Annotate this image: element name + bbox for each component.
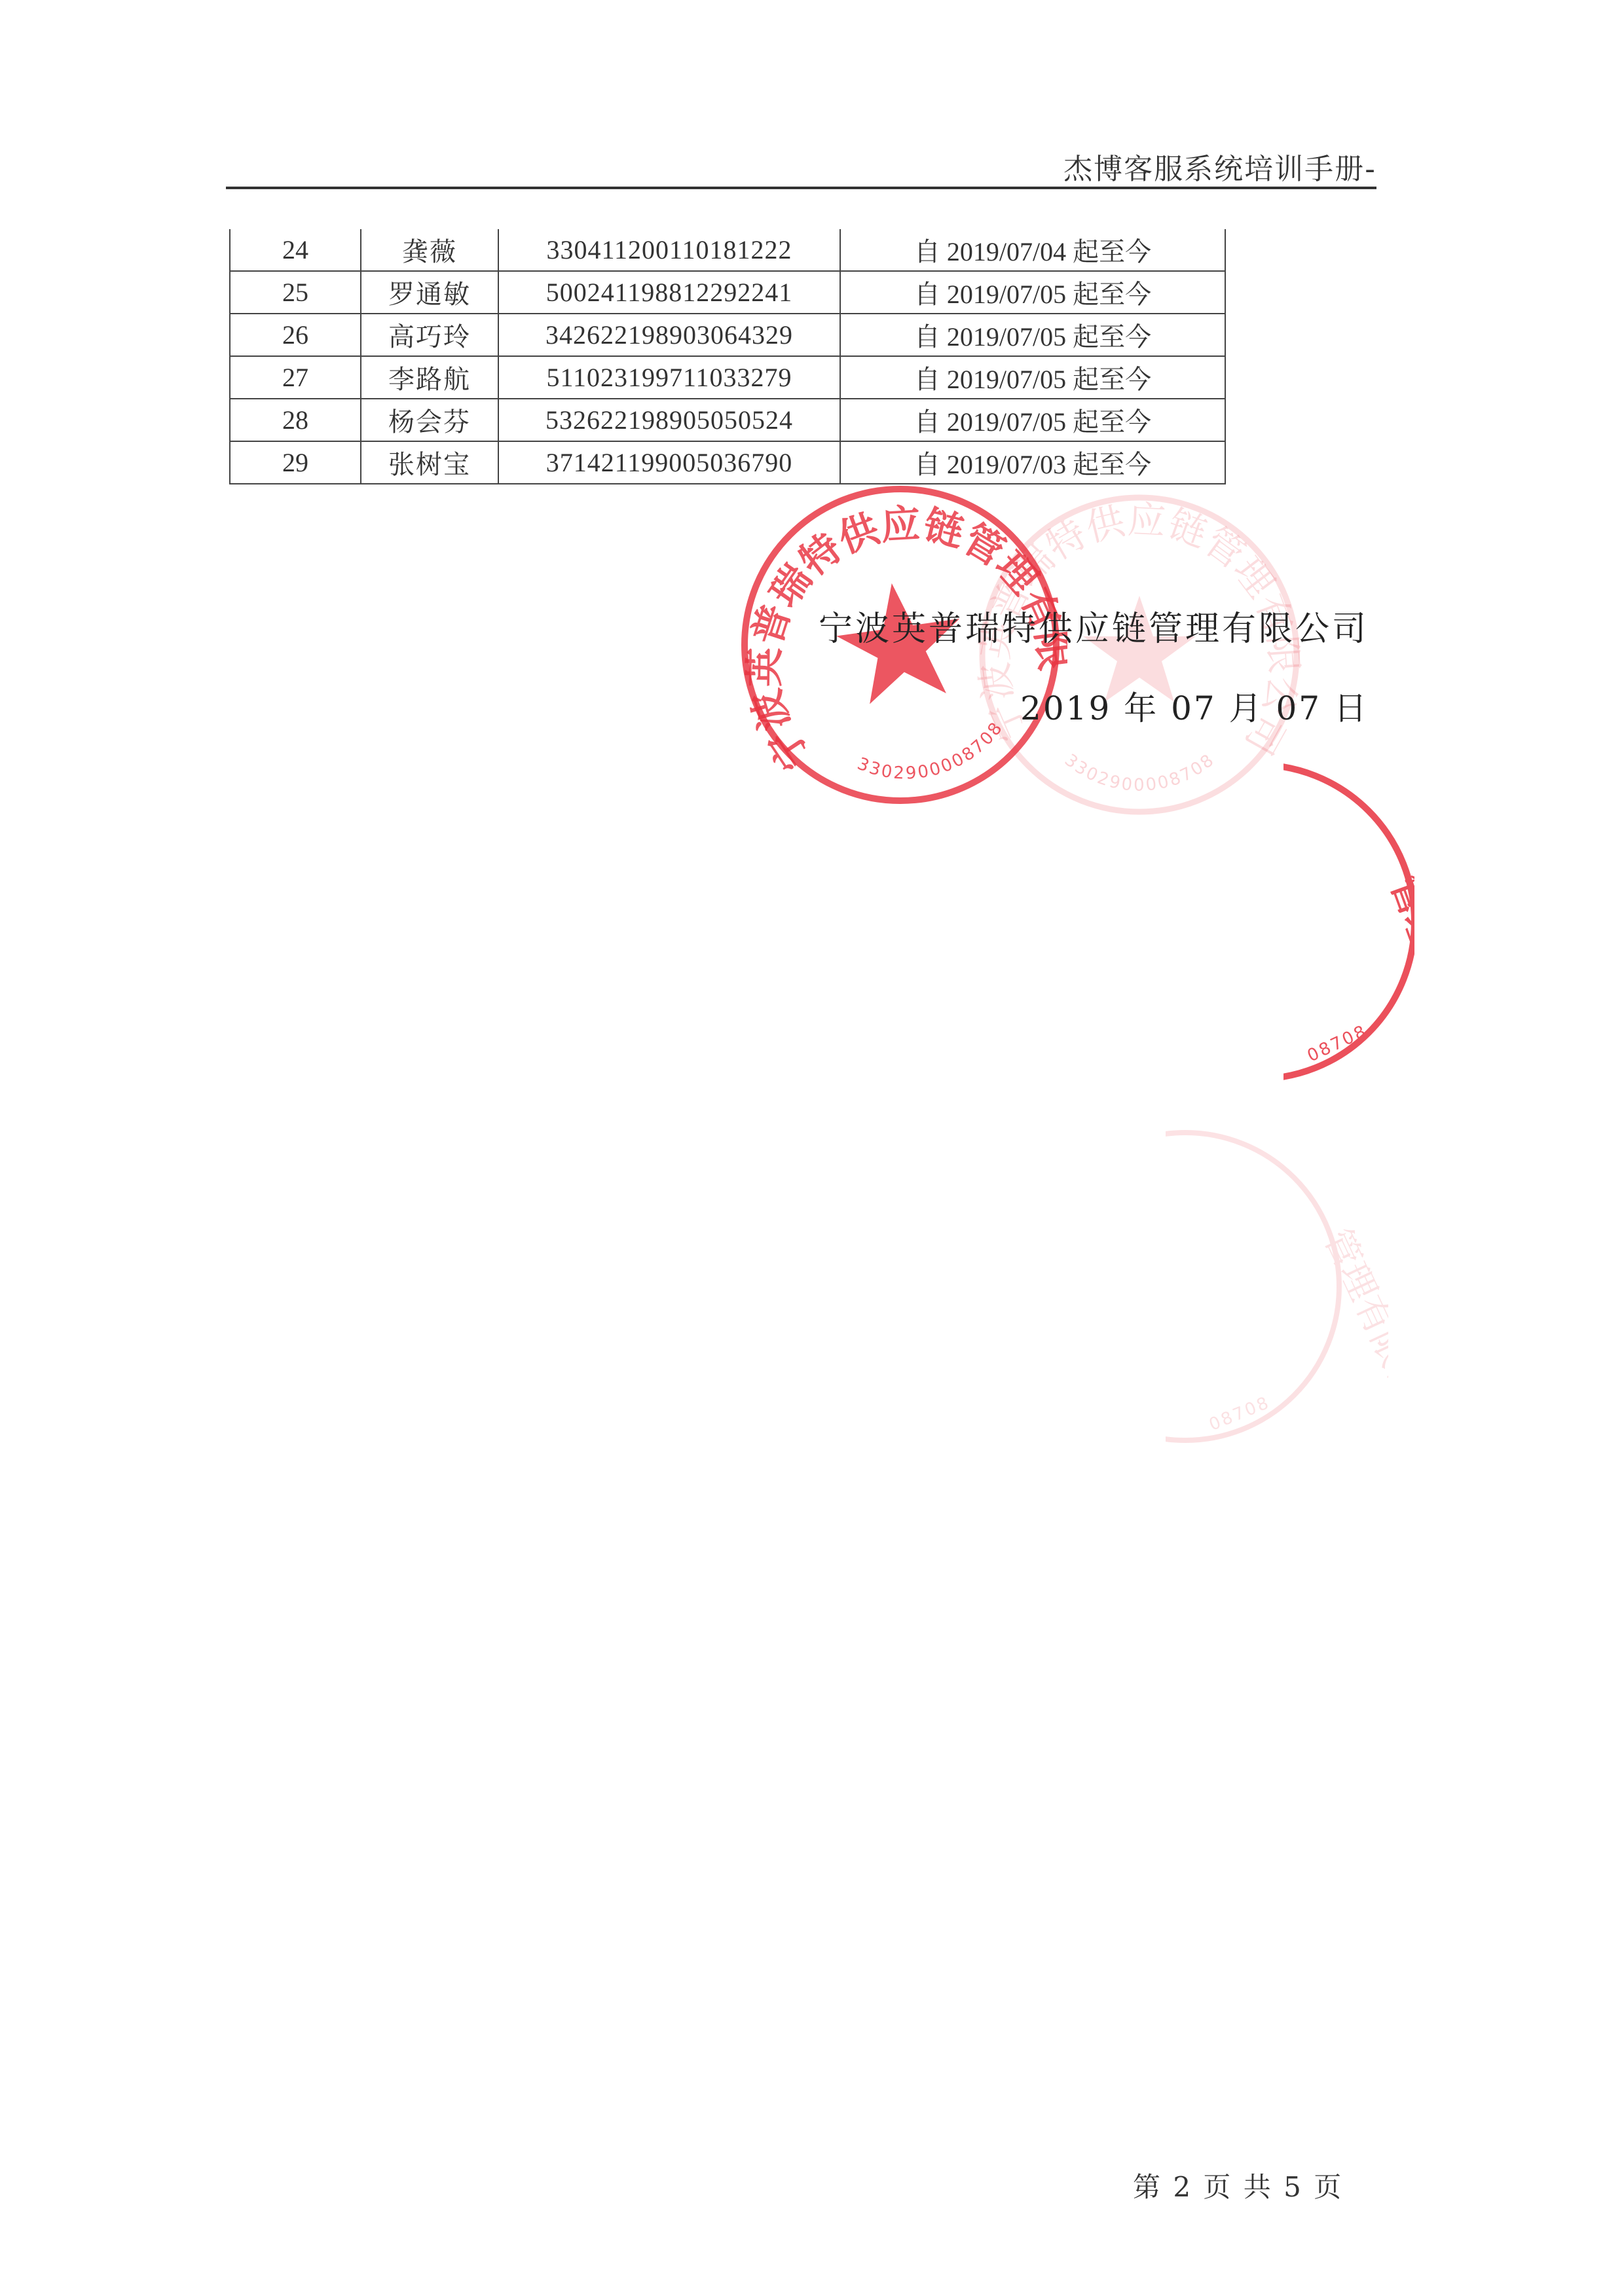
row-number-cell: 26 — [230, 314, 361, 356]
page-number-footer: 第 2 页 共 5 页 — [1133, 2166, 1341, 2205]
id-number-cell: 532622198905050524 — [498, 399, 840, 441]
signing-date: 2019 年 07 月 07 日 — [1020, 682, 1369, 729]
svg-text:3302900008708: 3302900008708 — [855, 718, 1008, 784]
header-divider — [226, 187, 1376, 189]
employment-period-cell: 自 2019/07/05 起至今 — [840, 399, 1225, 441]
faint-stamp-ghost: 宁波英普瑞特供应链管理有限公司 3302900008708 — [969, 484, 1310, 825]
employment-period-cell: 自 2019/07/05 起至今 — [840, 314, 1225, 356]
employment-period-cell: 自 2019/07/05 起至今 — [840, 271, 1225, 314]
id-number-cell: 371421199005036790 — [498, 441, 840, 484]
svg-text:3302900008708: 3302900008708 — [1061, 750, 1219, 795]
svg-text:08708: 08708 — [1304, 1021, 1371, 1066]
employee-name-cell: 杨会芬 — [361, 399, 498, 441]
edge-seal-stamp: 管理有限公司 08708 — [1087, 746, 1414, 1100]
id-number-cell: 500241198812292241 — [498, 271, 840, 314]
faint-edge-stamp: 管理有限公司 08708 — [1048, 1120, 1388, 1460]
signing-company-name: 宁波英普瑞特供应链管理有限公司 — [819, 601, 1369, 650]
employment-period-cell: 自 2019/07/04 起至今 — [840, 229, 1225, 271]
employee-name-cell: 高巧玲 — [361, 314, 498, 356]
id-number-cell: 342622198903064329 — [498, 314, 840, 356]
table-row: 27李路航511023199711033279自 2019/07/05 起至今 — [230, 356, 1225, 399]
table-row: 29张树宝371421199005036790自 2019/07/03 起至今 — [230, 441, 1225, 484]
table-row: 28杨会芬532622198905050524自 2019/07/05 起至今 — [230, 399, 1225, 441]
table-row: 25罗通敏500241198812292241自 2019/07/05 起至今 — [230, 271, 1225, 314]
row-number-cell: 29 — [230, 441, 361, 484]
id-number-cell: 330411200110181222 — [498, 229, 840, 271]
document-header-title: 杰博客服系统培训手册- — [1063, 145, 1376, 187]
employee-name-cell: 龚薇 — [361, 229, 498, 271]
row-number-cell: 28 — [230, 399, 361, 441]
svg-text:08708: 08708 — [1206, 1393, 1273, 1434]
row-number-cell: 25 — [230, 271, 361, 314]
employee-name-cell: 罗通敏 — [361, 271, 498, 314]
svg-text:管理有限公司: 管理有限公司 — [1382, 870, 1414, 1099]
employment-period-cell: 自 2019/07/05 起至今 — [840, 356, 1225, 399]
row-number-cell: 27 — [230, 356, 361, 399]
svg-text:管理有限公司: 管理有限公司 — [1316, 1223, 1388, 1440]
id-number-cell: 511023199711033279 — [498, 356, 840, 399]
employee-name-cell: 李路航 — [361, 356, 498, 399]
employee-name-cell: 张树宝 — [361, 441, 498, 484]
table-row: 24龚薇330411200110181222自 2019/07/04 起至今 — [230, 229, 1225, 271]
row-number-cell: 24 — [230, 229, 361, 271]
staff-table: 24龚薇330411200110181222自 2019/07/04 起至今25… — [229, 229, 1226, 484]
table-row: 26高巧玲342622198903064329自 2019/07/05 起至今 — [230, 314, 1225, 356]
employment-period-cell: 自 2019/07/03 起至今 — [840, 441, 1225, 484]
